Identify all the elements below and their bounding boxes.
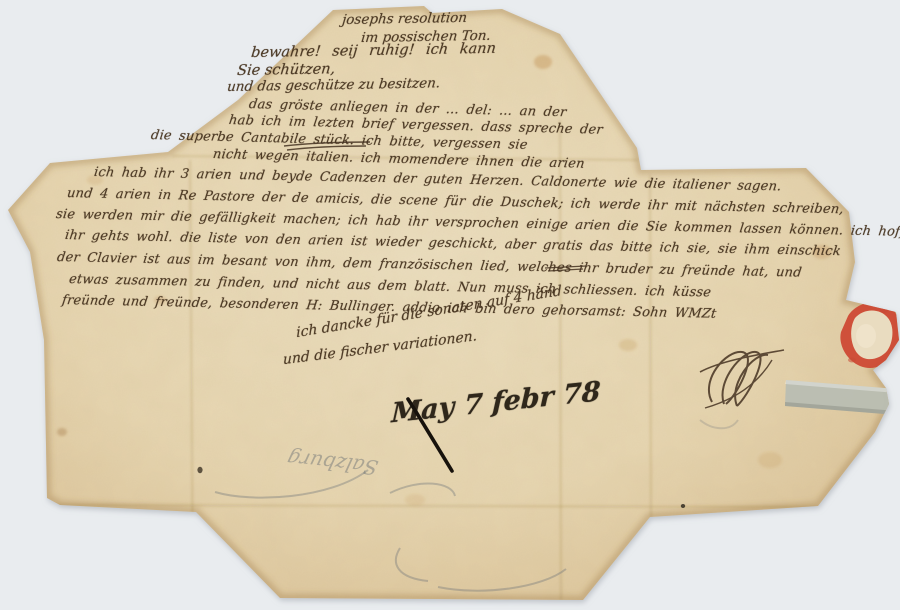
struck-month: May xyxy=(391,391,455,429)
pencil-inscription: Salzburg xyxy=(225,440,380,479)
scanned-letter-page: josephs resolution im possischen Ton. be… xyxy=(0,0,900,610)
handwriting-line: und das geschütze zu besitzen. xyxy=(226,75,441,95)
handwriting-layer: josephs resolution im possischen Ton. be… xyxy=(0,0,900,610)
date-line: May7 febr 78 xyxy=(391,376,601,429)
handwriting-line: josephs resolution xyxy=(341,10,468,28)
handwriting-line: bewahre! seij ruhig! ich kann xyxy=(250,41,496,61)
date-text: 7 febr 78 xyxy=(464,376,601,422)
